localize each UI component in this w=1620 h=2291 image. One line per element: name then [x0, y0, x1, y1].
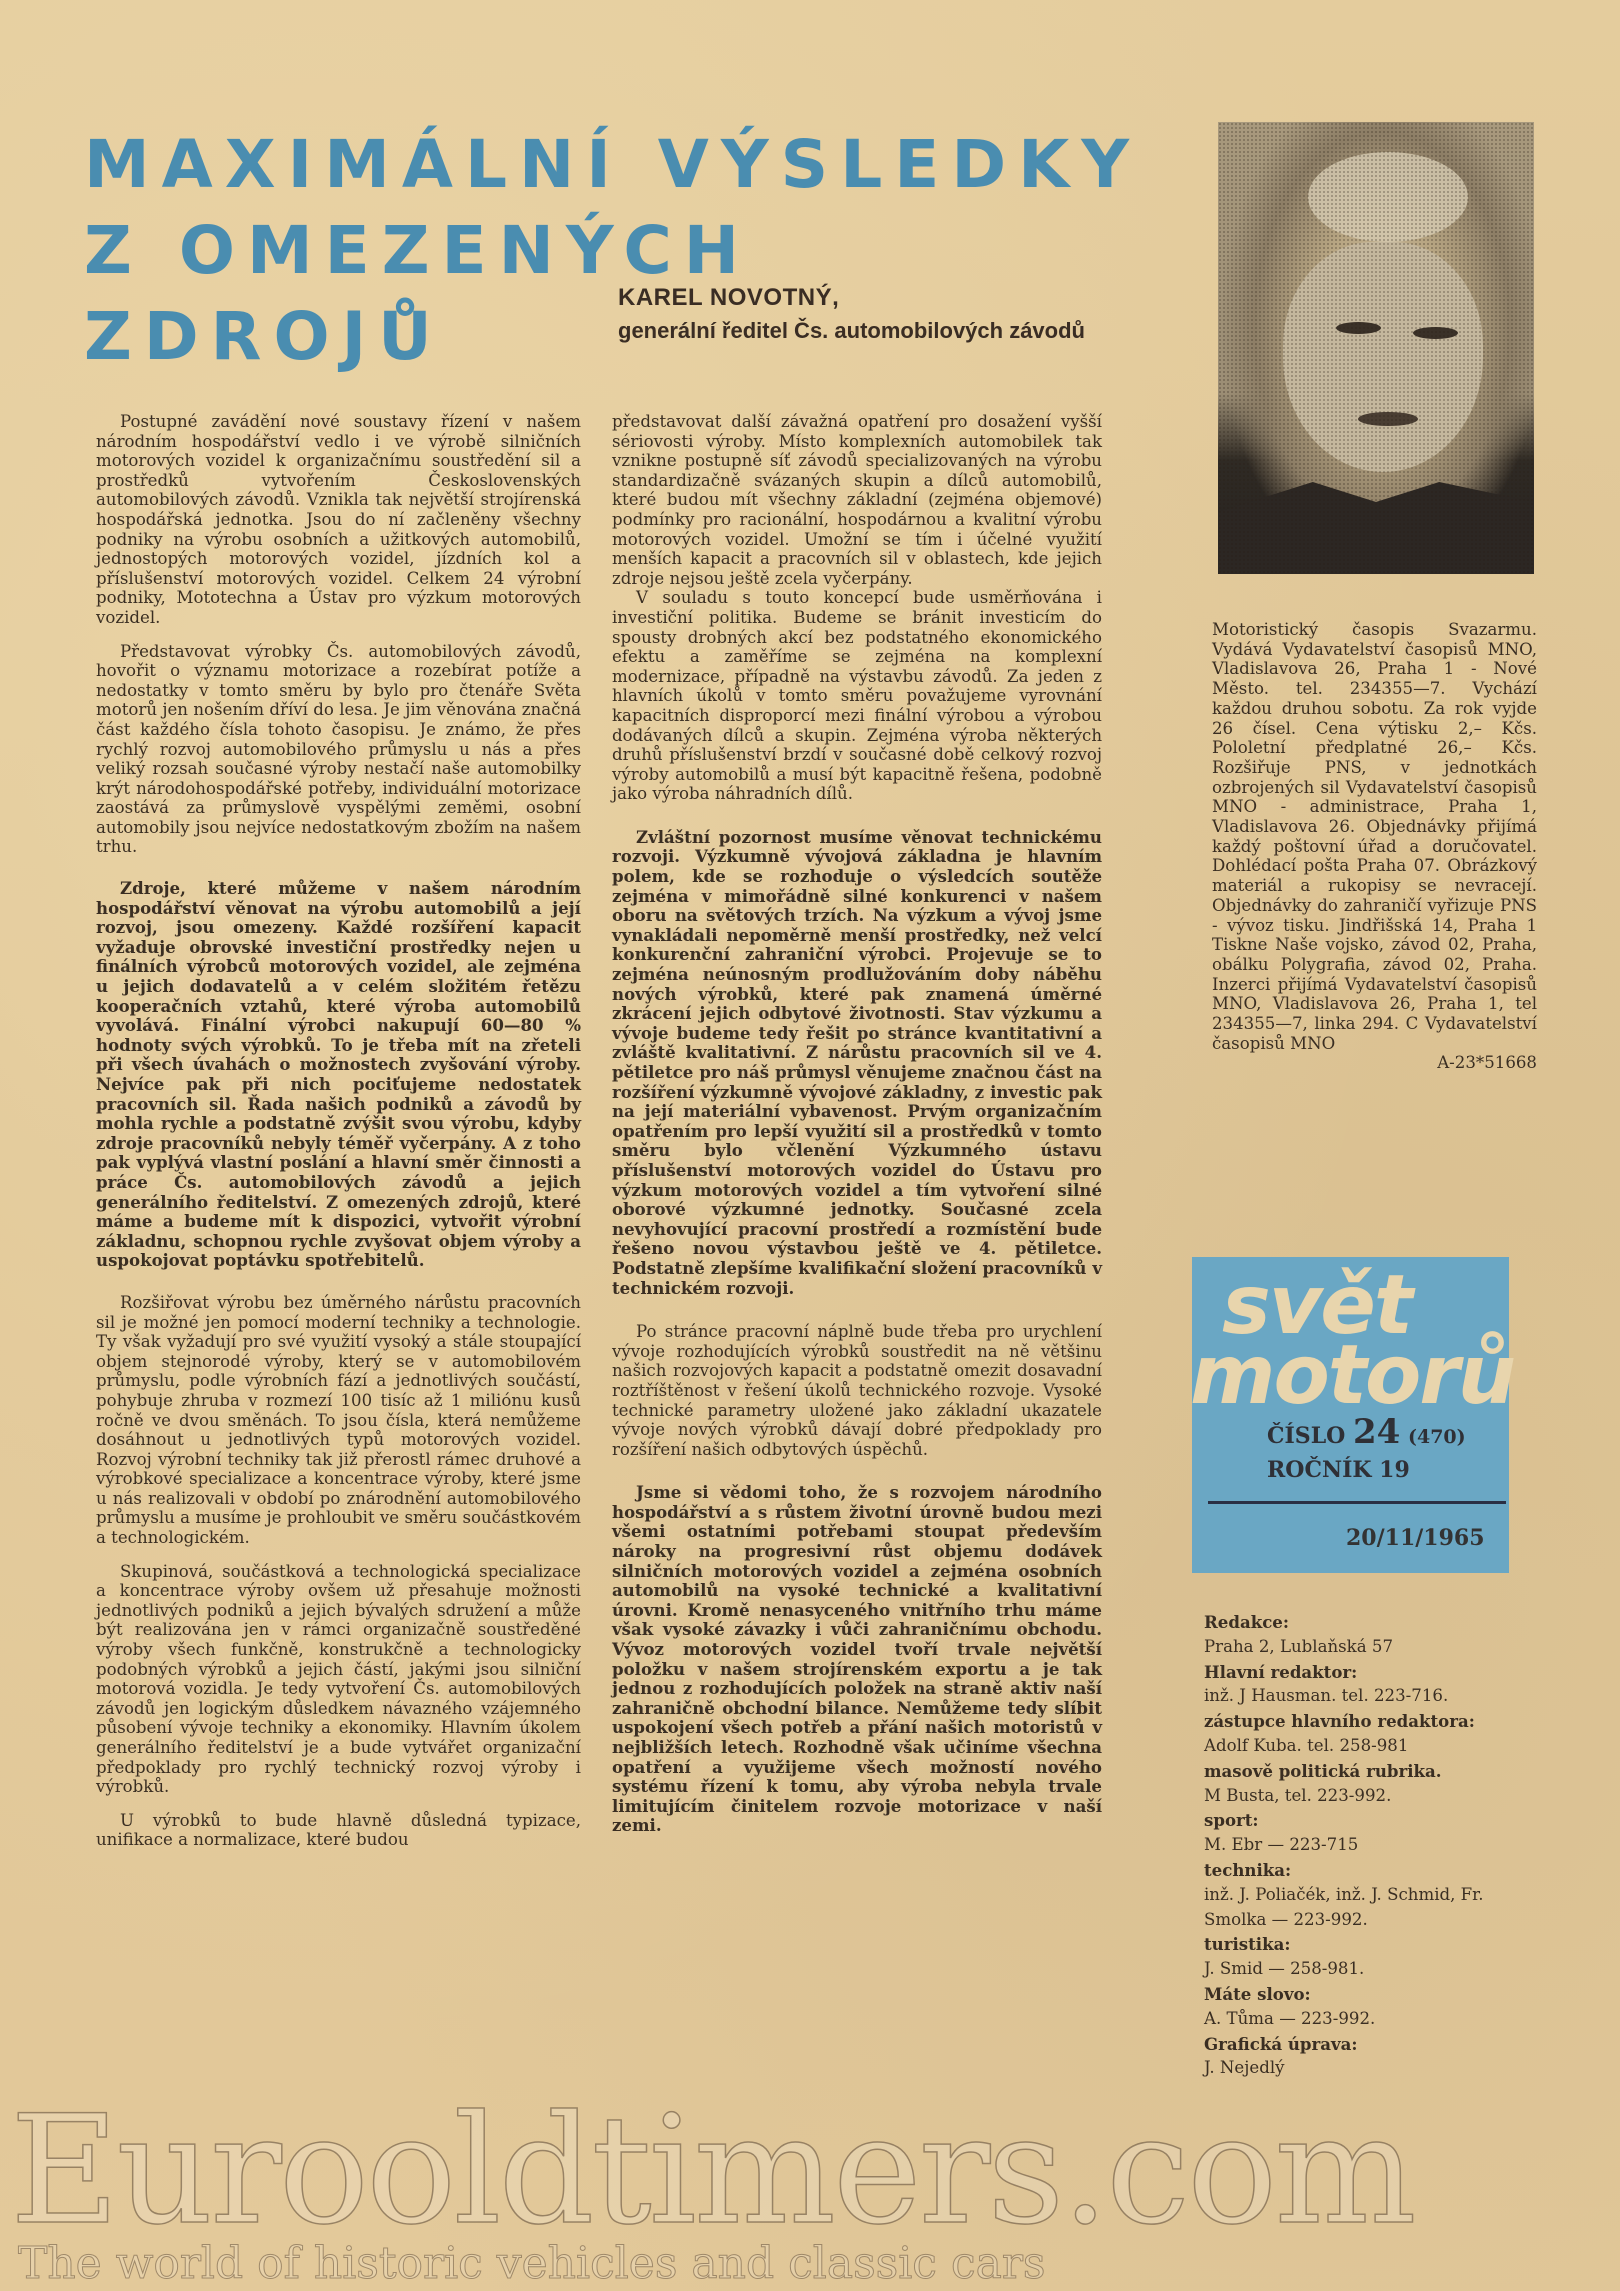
volume-number: 19 — [1379, 1457, 1410, 1483]
imprint-code: A-23*51668 — [1212, 1053, 1537, 1073]
article-column-2: představovat další závažná opatření pro … — [612, 412, 1102, 1836]
staff-label: zástupce hlavního redaktora: — [1204, 1709, 1524, 1734]
paragraph: Rozšiřovat výrobu bez úměrného nárůstu p… — [96, 1293, 581, 1548]
title-line-1: Maximální výsledky — [84, 122, 1144, 208]
paragraph-emphasis: Zvláštní pozornost musíme věnovat techni… — [612, 828, 1102, 1298]
staff-label: Hlavní redaktor: — [1204, 1660, 1524, 1685]
author-role: generální ředitel Čs. automobilových záv… — [618, 316, 1138, 345]
staff-label: Grafická úprava: — [1204, 2032, 1524, 2057]
issue-total: (470) — [1408, 1426, 1466, 1448]
magazine-logo-box: svět motorů ČÍSLO 24 (470) ROČNÍK 19 20/… — [1192, 1257, 1509, 1573]
article-column-1: Postupné zavádění nové soustavy řízení v… — [96, 412, 581, 1850]
issue-info: ČÍSLO 24 (470) — [1267, 1412, 1466, 1452]
staff-label: turistika: — [1204, 1932, 1524, 1957]
volume-info: ROČNÍK 19 — [1267, 1457, 1410, 1483]
staff-value: inž. J. Poliačék, inž. J. Schmid, Fr. Sm… — [1204, 1883, 1524, 1933]
staff-value: J. Nejedlý — [1204, 2056, 1524, 2081]
issue-label: ČÍSLO — [1267, 1423, 1345, 1449]
staff-value: A. Tůma — 223-992. — [1204, 2007, 1524, 2032]
paragraph-emphasis: Zdroje, které můžeme v našem národním ho… — [96, 879, 581, 1271]
staff-value: M. Ebr — 223-715 — [1204, 1833, 1524, 1858]
staff-value: M Busta, tel. 223-992. — [1204, 1784, 1524, 1809]
byline: KAREL NOVOTNÝ, generální ředitel Čs. aut… — [618, 284, 1138, 345]
watermark-site: Eurooldtimers.com — [10, 2096, 1620, 2246]
staff-value: Praha 2, Lublaňská 57 — [1204, 1635, 1524, 1660]
paragraph: U výrobků to bude hlavně důsledná typiza… — [96, 1811, 581, 1850]
paragraph-emphasis: Jsme si vědomi toho, že s rozvojem národ… — [612, 1483, 1102, 1836]
publisher-imprint: Motoristický časopis Svazarmu. Vydává Vy… — [1212, 620, 1537, 1073]
staff-label: masově politická rubrika. — [1204, 1759, 1524, 1784]
author-photo — [1218, 122, 1534, 574]
staff-value: J. Smid — 258-981. — [1204, 1957, 1524, 1982]
staff-label: Redakce: — [1204, 1610, 1524, 1635]
imprint-text: Motoristický časopis Svazarmu. Vydává Vy… — [1212, 620, 1537, 1053]
paragraph: Postupné zavádění nové soustavy řízení v… — [96, 412, 581, 628]
staff-value: Adolf Kuba. tel. 258-981 — [1204, 1734, 1524, 1759]
staff-value: inž. J Hausman. tel. 223-716. — [1204, 1684, 1524, 1709]
issue-date: 20/11/1965 — [1346, 1525, 1485, 1551]
divider — [1208, 1501, 1506, 1504]
staff-label: technika: — [1204, 1858, 1524, 1883]
volume-label: ROČNÍK — [1267, 1457, 1371, 1483]
paragraph: Představovat výrobky Čs. automobilových … — [96, 642, 581, 858]
issue-number: 24 — [1353, 1412, 1400, 1452]
logo-word-motoru: motorů — [1190, 1335, 1514, 1417]
staff-label: sport: — [1204, 1808, 1524, 1833]
author-name: KAREL NOVOTNÝ, — [618, 284, 1138, 312]
halftone-overlay — [1218, 122, 1534, 574]
paragraph: Skupinová, součástková a technologická s… — [96, 1562, 581, 1797]
editorial-staff: Redakce: Praha 2, Lublaňská 57 Hlavní re… — [1204, 1610, 1524, 2081]
paragraph: Po stránce pracovní náplně bude třeba pr… — [612, 1322, 1102, 1459]
watermark-tagline: The world of historic vehicles and class… — [18, 2238, 1045, 2289]
staff-label: Máte slovo: — [1204, 1982, 1524, 2007]
paragraph: představovat další závažná opatření pro … — [612, 412, 1102, 588]
paragraph: V souladu s touto koncepcí bude usměrňov… — [612, 588, 1102, 804]
